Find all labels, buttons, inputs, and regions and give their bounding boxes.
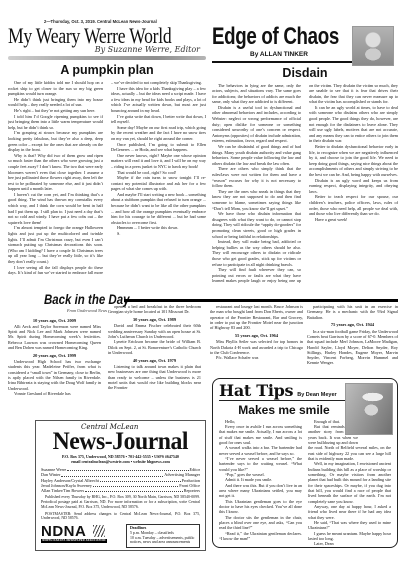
disdain-headline: Disdain — [212, 67, 398, 80]
deadlines-list: 5 p.m. Monday – classifieds10 a.m. Tuesd… — [130, 531, 196, 545]
tinker-column-section: Edge of Chaos By ALLAN TINKER Disdain Th… — [212, 24, 398, 288]
paragraph: We have those who disdain information th… — [212, 211, 301, 239]
disdain-body: The behaviors in lying are the same, onl… — [212, 83, 398, 288]
paragraph: I’m almost tempted to forego the orange … — [8, 225, 103, 264]
paragraph: And maybe I’ll start writing a new book … — [111, 192, 206, 226]
makes-me-smile-headline: Makes me smile — [219, 404, 349, 417]
paragraph: One of my little kiddos told me I should… — [8, 80, 103, 97]
era-heading: 30 years ago, Oct. 1989 — [108, 317, 201, 322]
paragraph: restaurant and lounge last month. Bruce … — [210, 304, 303, 330]
back-in-the-day-col2: opened a bed and breakfast in the three … — [108, 304, 201, 416]
paragraph: 10 a.m. Tuesday – advertisements, public… — [130, 536, 196, 546]
paragraph: This Ukrainian gentleman goes to the eye… — [219, 499, 302, 515]
paragraph: Anyway, one day at happy hour, I asked a… — [308, 504, 391, 520]
paragraph: Alli Aeck and Taylor Sorenson were named… — [8, 324, 101, 350]
paragraph: I’m grasping at straws because my pumpki… — [8, 130, 103, 152]
paragraph: Instead, they will make being bad, addic… — [212, 239, 301, 267]
era-heading: 10 years ago, Oct. 2009 — [8, 318, 101, 323]
paragraph: He’s right – but they’re not getting any… — [8, 108, 103, 114]
hat-tips-body: Hello,Every once in awhile I run across … — [219, 419, 391, 547]
paragraph: We can be disdainful of good things and … — [212, 144, 301, 166]
paragraph: Well, in my imagination, I envisioned an… — [308, 461, 391, 504]
dotted-leader — [93, 486, 178, 487]
paragraph: I have this idea for a kids Thanksgiving… — [111, 86, 206, 114]
paragraph: Disdain is a useful tool in dysfunctiona… — [212, 105, 301, 144]
staff-name: Allan Tinker/Tim Bowers — [41, 488, 84, 493]
paragraph: Have a great week! — [309, 217, 398, 223]
paragraph: And there was this. But if you don’t liv… — [219, 483, 302, 499]
pumpkin-plan-body: One of my little kiddos told me I should… — [8, 80, 206, 280]
back-in-the-day-col4: participating with his unit in an exerci… — [307, 304, 398, 374]
paragraph: Vonnie Greslund of Riverdale has — [8, 391, 101, 396]
paragraph: There are others who simply think that t… — [212, 166, 301, 188]
dotted-leader — [61, 476, 163, 477]
dean-meyer-photo — [345, 383, 393, 435]
paragraph: Better to disdain dysfunctional behavior… — [309, 144, 398, 178]
section-rule — [124, 299, 398, 302]
ndna-acronym: NDNA — [41, 524, 107, 539]
paragraph: Disdain is an ugly word and keeps us fro… — [309, 178, 398, 195]
paragraph: “Read it,” the Ukrainian gentleman decla… — [219, 531, 302, 542]
masthead-title: News-Journal — [53, 429, 188, 455]
paragraph: He said, “That was where they used to mi… — [308, 520, 391, 531]
hat-tips-col1: Hello,Every once in awhile I run across … — [219, 419, 302, 547]
back-in-the-day-col3: restaurant and lounge last month. Bruce … — [210, 304, 303, 375]
paragraph: A weasel walks into a bar. The bartender… — [219, 445, 302, 456]
paragraph: He didn’t think just bringing them into … — [8, 97, 103, 108]
back-in-the-day-col1: 10 years ago, Oct. 2009Alli Aeck and Tay… — [8, 315, 101, 416]
era-heading: 75 years ago, Oct. 1944 — [307, 322, 398, 327]
masthead-logo: Central McLean News-Journal — [41, 424, 200, 455]
era-heading: 55 years ago, Oct. 1964 — [210, 333, 303, 338]
tinker-column-title: Edge of Chaos — [212, 24, 357, 50]
paragraph: S. — [111, 231, 206, 237]
paragraph: David and Emma Fischer celebrated their … — [108, 323, 201, 339]
dotted-leader — [67, 470, 188, 471]
paragraph: Lynette Erickson became the bride of Wil… — [108, 339, 201, 355]
pumpkin-plan-headline: A pumpkin plan — [8, 64, 206, 77]
paragraph: One never knows, right? Maybe one whose … — [111, 153, 206, 170]
publication-info: Published every Thursday by BHG, Inc., P… — [41, 495, 200, 509]
hat-tips-box: Hat Tips By Dean Meyer Makes me smile He… — [212, 378, 398, 548]
staff-row: Allan Tinker/Tim BowersReporters — [41, 488, 200, 493]
hat-tips-title: Hat Tips — [219, 383, 293, 399]
deadlines-box: Deadlines 5 p.m. Monday – classifieds10 … — [126, 524, 200, 548]
paragraph: I’ve gotta write that down, I better wri… — [111, 114, 206, 125]
paragraph: Maybe if the rain turns to snow tonight … — [111, 175, 206, 192]
tinker-byline: By ALLAN TINKER — [212, 51, 346, 59]
era-heading: 40 years ago, Oct. 1979 — [108, 358, 201, 363]
paragraph: The behaviors in lying are the same, onl… — [212, 83, 301, 105]
paragraph: Pfc. Wallace Schafer was — [210, 355, 303, 360]
paragraph: Once published, I’m going to submit to E… — [111, 142, 206, 153]
paragraph: Some day! Maybe on our first road trip, … — [111, 125, 206, 142]
allan-tinker-photo — [352, 26, 394, 66]
werre-column-section: My Weary Werre World By Suzanne Werre, E… — [8, 24, 206, 280]
paragraph: participating with his unit in an exerci… — [307, 304, 398, 320]
werre-column-title: My Weary Werre World — [8, 24, 166, 48]
paragraph: Later, Dean — [308, 541, 391, 546]
masthead-footer: NDNA NORTH DAKOTA NEWSPAPER ASSOCIATION … — [41, 524, 200, 548]
dotted-leader — [85, 491, 183, 492]
postmaster-info: POSTMASTER: Send address changes to Cent… — [41, 512, 200, 522]
paragraph: I told him I’d Google ripening pumpkins … — [8, 114, 103, 131]
paragraph: “I’ve never served a weasel before,” the… — [219, 456, 302, 472]
paragraph: They are the ones who sneak in things th… — [212, 189, 301, 211]
paragraph: I guess he meant uranium. Maybe happy ho… — [308, 531, 391, 542]
paragraph: I haven’t cut the corn yet, and I’m thin… — [8, 192, 103, 226]
newspaper-page: 2—Thursday, Oct. 3, 2019. Central McLean… — [0, 0, 400, 567]
staff-role: Reporters — [184, 488, 200, 493]
paragraph: Every once in awhile I run across someth… — [219, 424, 302, 445]
paragraph: Why is that? Why did two of them grow an… — [8, 153, 103, 192]
paragraph: The doctor sits the gentleman in the cha… — [219, 515, 302, 531]
paragraph: Listening to talk around town makes it p… — [108, 364, 201, 390]
masthead-box: Central McLean News-Journal P.O. Box 375… — [35, 420, 206, 551]
divider-bar — [8, 56, 206, 60]
hat-tips-col2: Enough of that.But that reminds me of an… — [308, 419, 391, 547]
paragraph: It can be an ugly world at times, to hav… — [309, 105, 398, 144]
byline-rule — [212, 61, 352, 63]
paragraph: opened a bed and breakfast in the three … — [108, 304, 201, 315]
ndna-logo: NDNA NORTH DAKOTA NEWSPAPER ASSOCIATION — [41, 524, 107, 543]
paragraph: Better to teach respect for our spouse, … — [309, 194, 398, 216]
staff-list: Suzanne WerreEditorDan WinterAdvertising… — [41, 467, 200, 493]
dotted-leader — [100, 481, 181, 482]
paragraph: In a six-man football game Friday, the U… — [307, 329, 398, 366]
masthead-contact: email centralmclean@westriv.com • websit… — [41, 460, 200, 465]
paragraph: Underwood High School has two exchange s… — [8, 359, 101, 391]
hat-tips-header: Hat Tips By Dean Meyer — [219, 383, 345, 401]
era-heading: 20 years ago, Oct. 1999 — [8, 353, 101, 358]
hat-tips-byline: By Dean Meyer — [297, 392, 336, 399]
paragraph: Miss Phyllis Seiler was selected for top… — [210, 339, 303, 355]
